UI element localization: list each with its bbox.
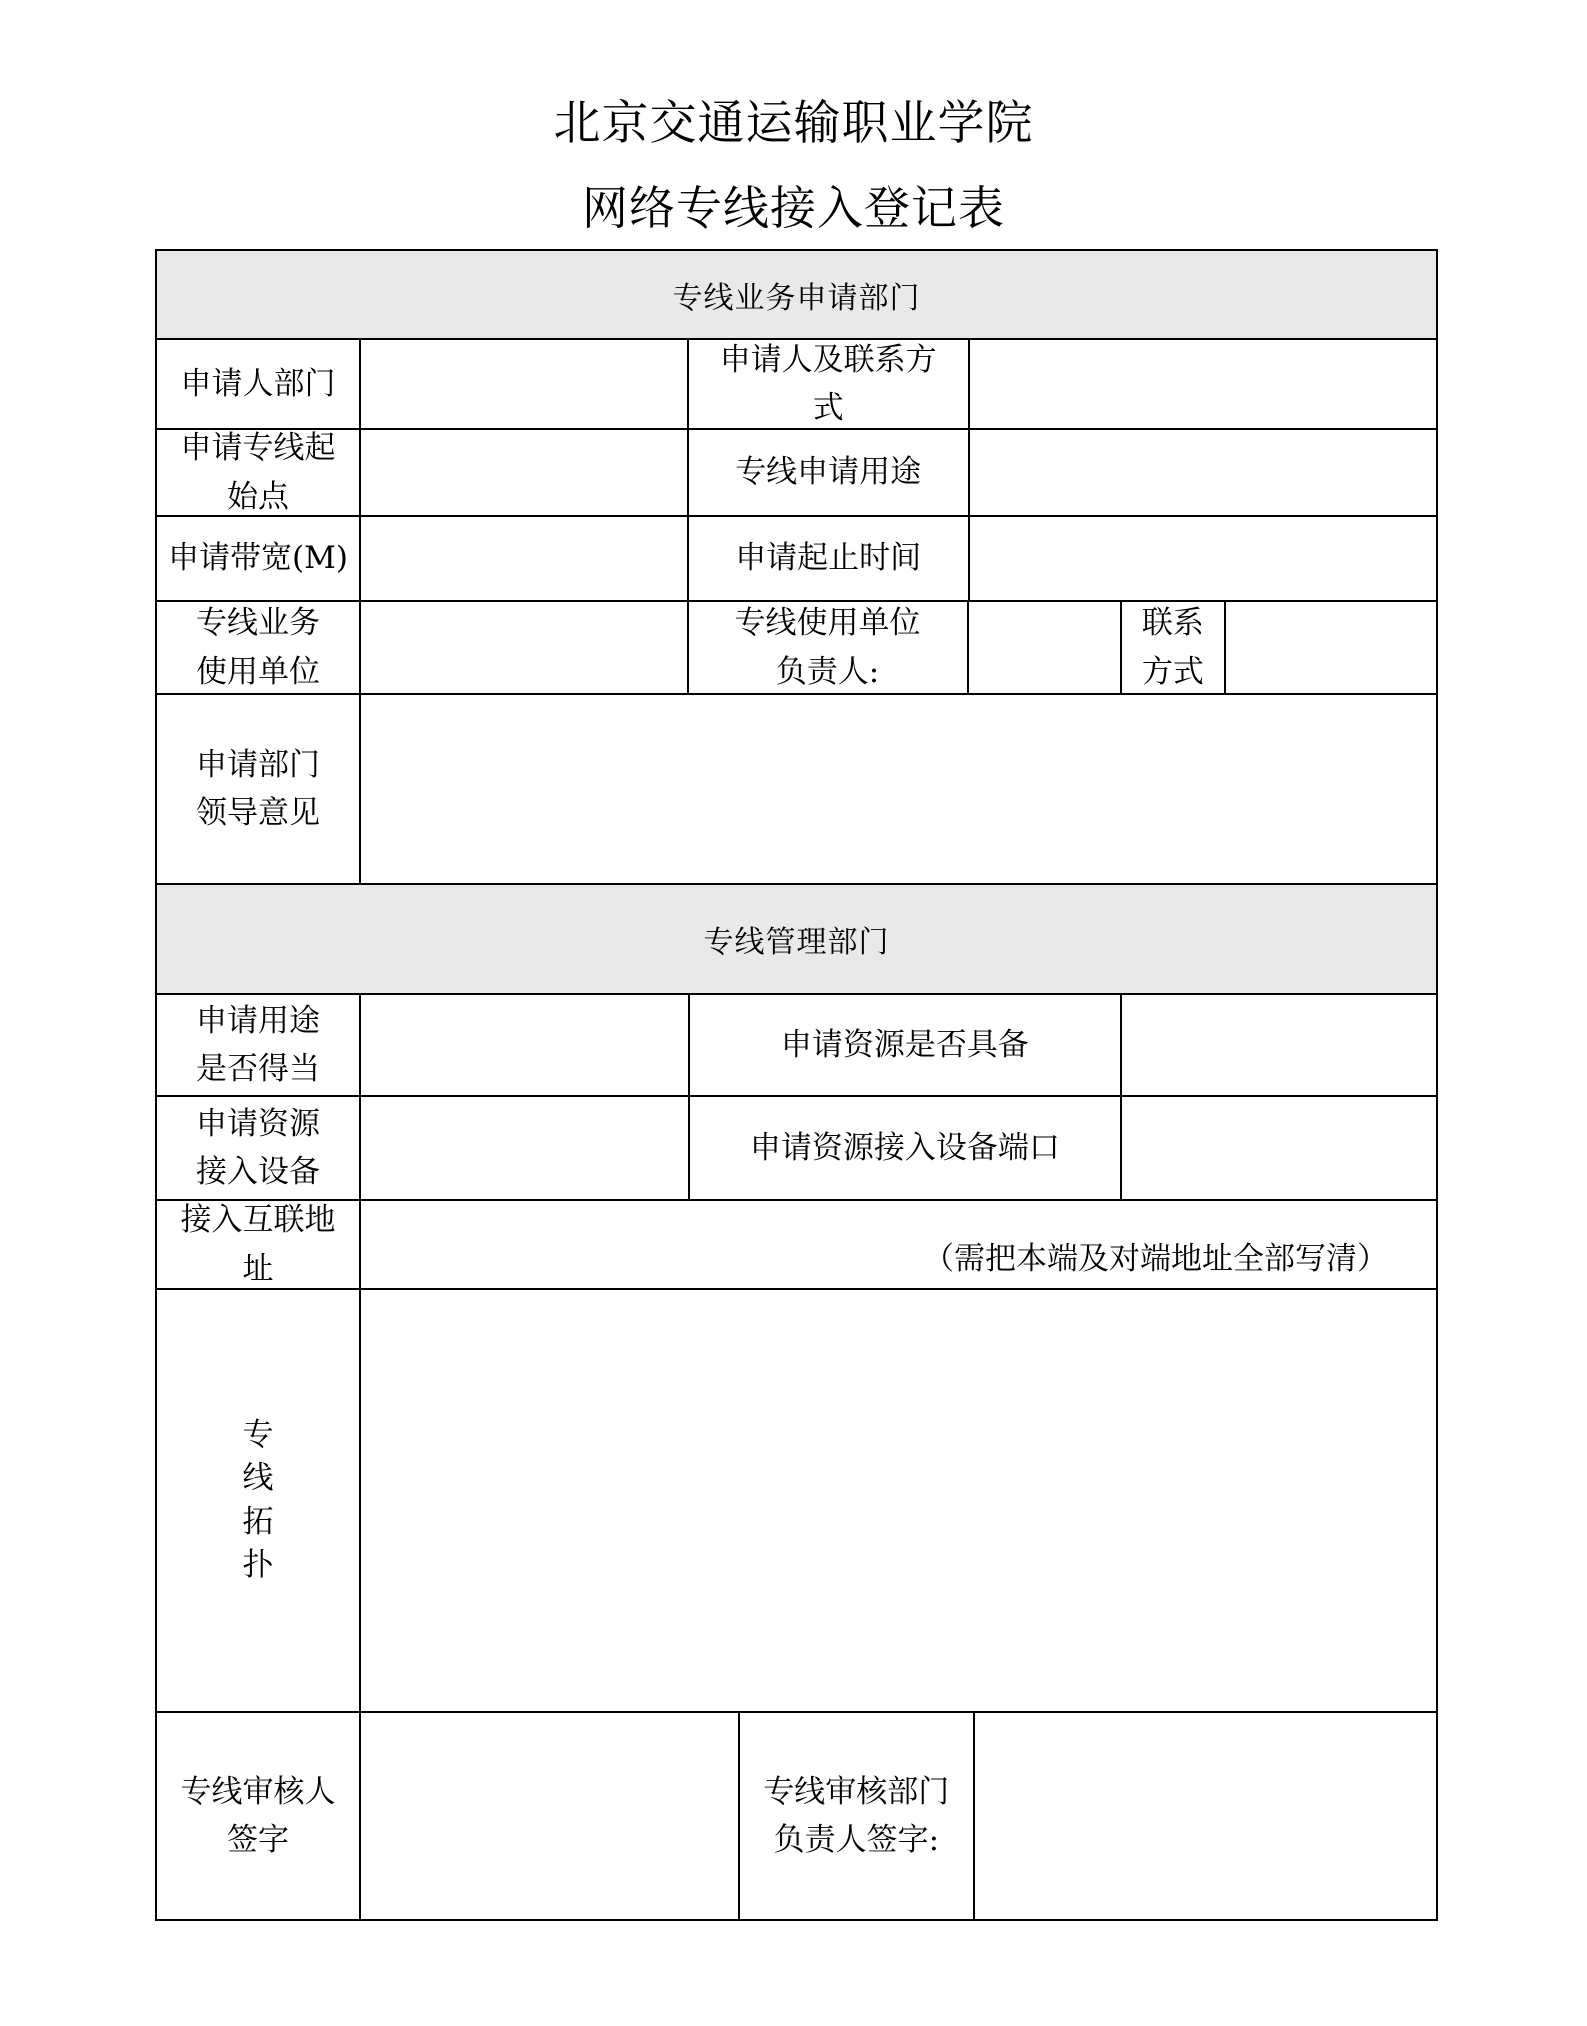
document-page: 北京交通运输职业学院 网络专线接入登记表 专线业务申请部门 申请人部门 申请人及… <box>0 0 1587 2026</box>
registration-table: 专线业务申请部门 申请人部门 申请人及联系方 式 申请专线起 始点 专线申请用途… <box>155 249 1438 1921</box>
line-purpose-field[interactable] <box>968 430 1436 515</box>
reviewer-sign-field[interactable] <box>359 1713 738 1919</box>
document-title: 北京交通运输职业学院 <box>0 86 1587 153</box>
review-dept-head-field[interactable] <box>973 1713 1436 1919</box>
topology-field[interactable] <box>359 1290 1436 1711</box>
purpose-check-field[interactable] <box>359 995 688 1095</box>
user-unit-head-field[interactable] <box>967 602 1120 693</box>
applicant-dept-field[interactable] <box>359 340 686 428</box>
row-signatures: 专线审核人 签字 专线审核部门 负责人签字: <box>157 1711 1436 1919</box>
section-management-header-row: 专线管理部门 <box>157 883 1436 993</box>
topology-label: 专 线 拓 扑 <box>157 1290 359 1711</box>
device-port-field[interactable] <box>1120 1097 1436 1199</box>
row-bandwidth: 申请带宽(M) 申请起止时间 <box>157 515 1436 600</box>
row-leader-opinion: 申请部门 领导意见 <box>157 693 1436 883</box>
section-application-header: 专线业务申请部门 <box>157 251 1436 338</box>
line-start-field[interactable] <box>359 430 686 515</box>
row-line-start: 申请专线起 始点 专线申请用途 <box>157 428 1436 515</box>
interconnect-note: （需把本端及对端地址全部写清） <box>923 1233 1388 1278</box>
device-port-label: 申请资源接入设备端口 <box>688 1097 1120 1199</box>
leader-opinion-field[interactable] <box>359 695 1436 883</box>
time-range-field[interactable] <box>968 517 1436 600</box>
bandwidth-field[interactable] <box>359 517 686 600</box>
row-topology: 专 线 拓 扑 <box>157 1288 1436 1711</box>
review-dept-head-label: 专线审核部门 负责人签字: <box>738 1713 973 1919</box>
row-user-unit: 专线业务 使用单位 专线使用单位 负责人: 联系 方式 <box>157 600 1436 693</box>
contact-method-label: 联系 方式 <box>1120 602 1224 693</box>
leader-opinion-label: 申请部门 领导意见 <box>157 695 359 883</box>
reviewer-sign-label: 专线审核人 签字 <box>157 1713 359 1919</box>
applicant-dept-label: 申请人部门 <box>157 340 359 428</box>
applicant-contact-field[interactable] <box>968 340 1436 428</box>
user-unit-field[interactable] <box>359 602 686 693</box>
interconnect-address-label: 接入互联地 址 <box>157 1201 359 1288</box>
row-applicant: 申请人部门 申请人及联系方 式 <box>157 338 1436 428</box>
row-purpose-check: 申请用途 是否得当 申请资源是否具备 <box>157 993 1436 1095</box>
row-interconnect: 接入互联地 址 （需把本端及对端地址全部写清） <box>157 1199 1436 1288</box>
applicant-contact-label: 申请人及联系方 式 <box>687 340 968 428</box>
interconnect-address-field[interactable]: （需把本端及对端地址全部写清） <box>359 1201 1436 1288</box>
section-application-header-row: 专线业务申请部门 <box>157 251 1436 338</box>
access-device-label: 申请资源 接入设备 <box>157 1097 359 1199</box>
contact-method-field[interactable] <box>1224 602 1436 693</box>
row-access-device: 申请资源 接入设备 申请资源接入设备端口 <box>157 1095 1436 1199</box>
access-device-field[interactable] <box>359 1097 688 1199</box>
bandwidth-label: 申请带宽(M) <box>157 517 359 600</box>
purpose-check-label: 申请用途 是否得当 <box>157 995 359 1095</box>
document-subtitle: 网络专线接入登记表 <box>0 172 1587 238</box>
resource-available-field[interactable] <box>1120 995 1436 1095</box>
resource-available-label: 申请资源是否具备 <box>688 995 1120 1095</box>
section-management-header: 专线管理部门 <box>157 885 1436 993</box>
time-range-label: 申请起止时间 <box>687 517 968 600</box>
user-unit-head-label: 专线使用单位 负责人: <box>687 602 967 693</box>
line-start-label: 申请专线起 始点 <box>157 430 359 515</box>
user-unit-label: 专线业务 使用单位 <box>157 602 359 693</box>
line-purpose-label: 专线申请用途 <box>687 430 968 515</box>
